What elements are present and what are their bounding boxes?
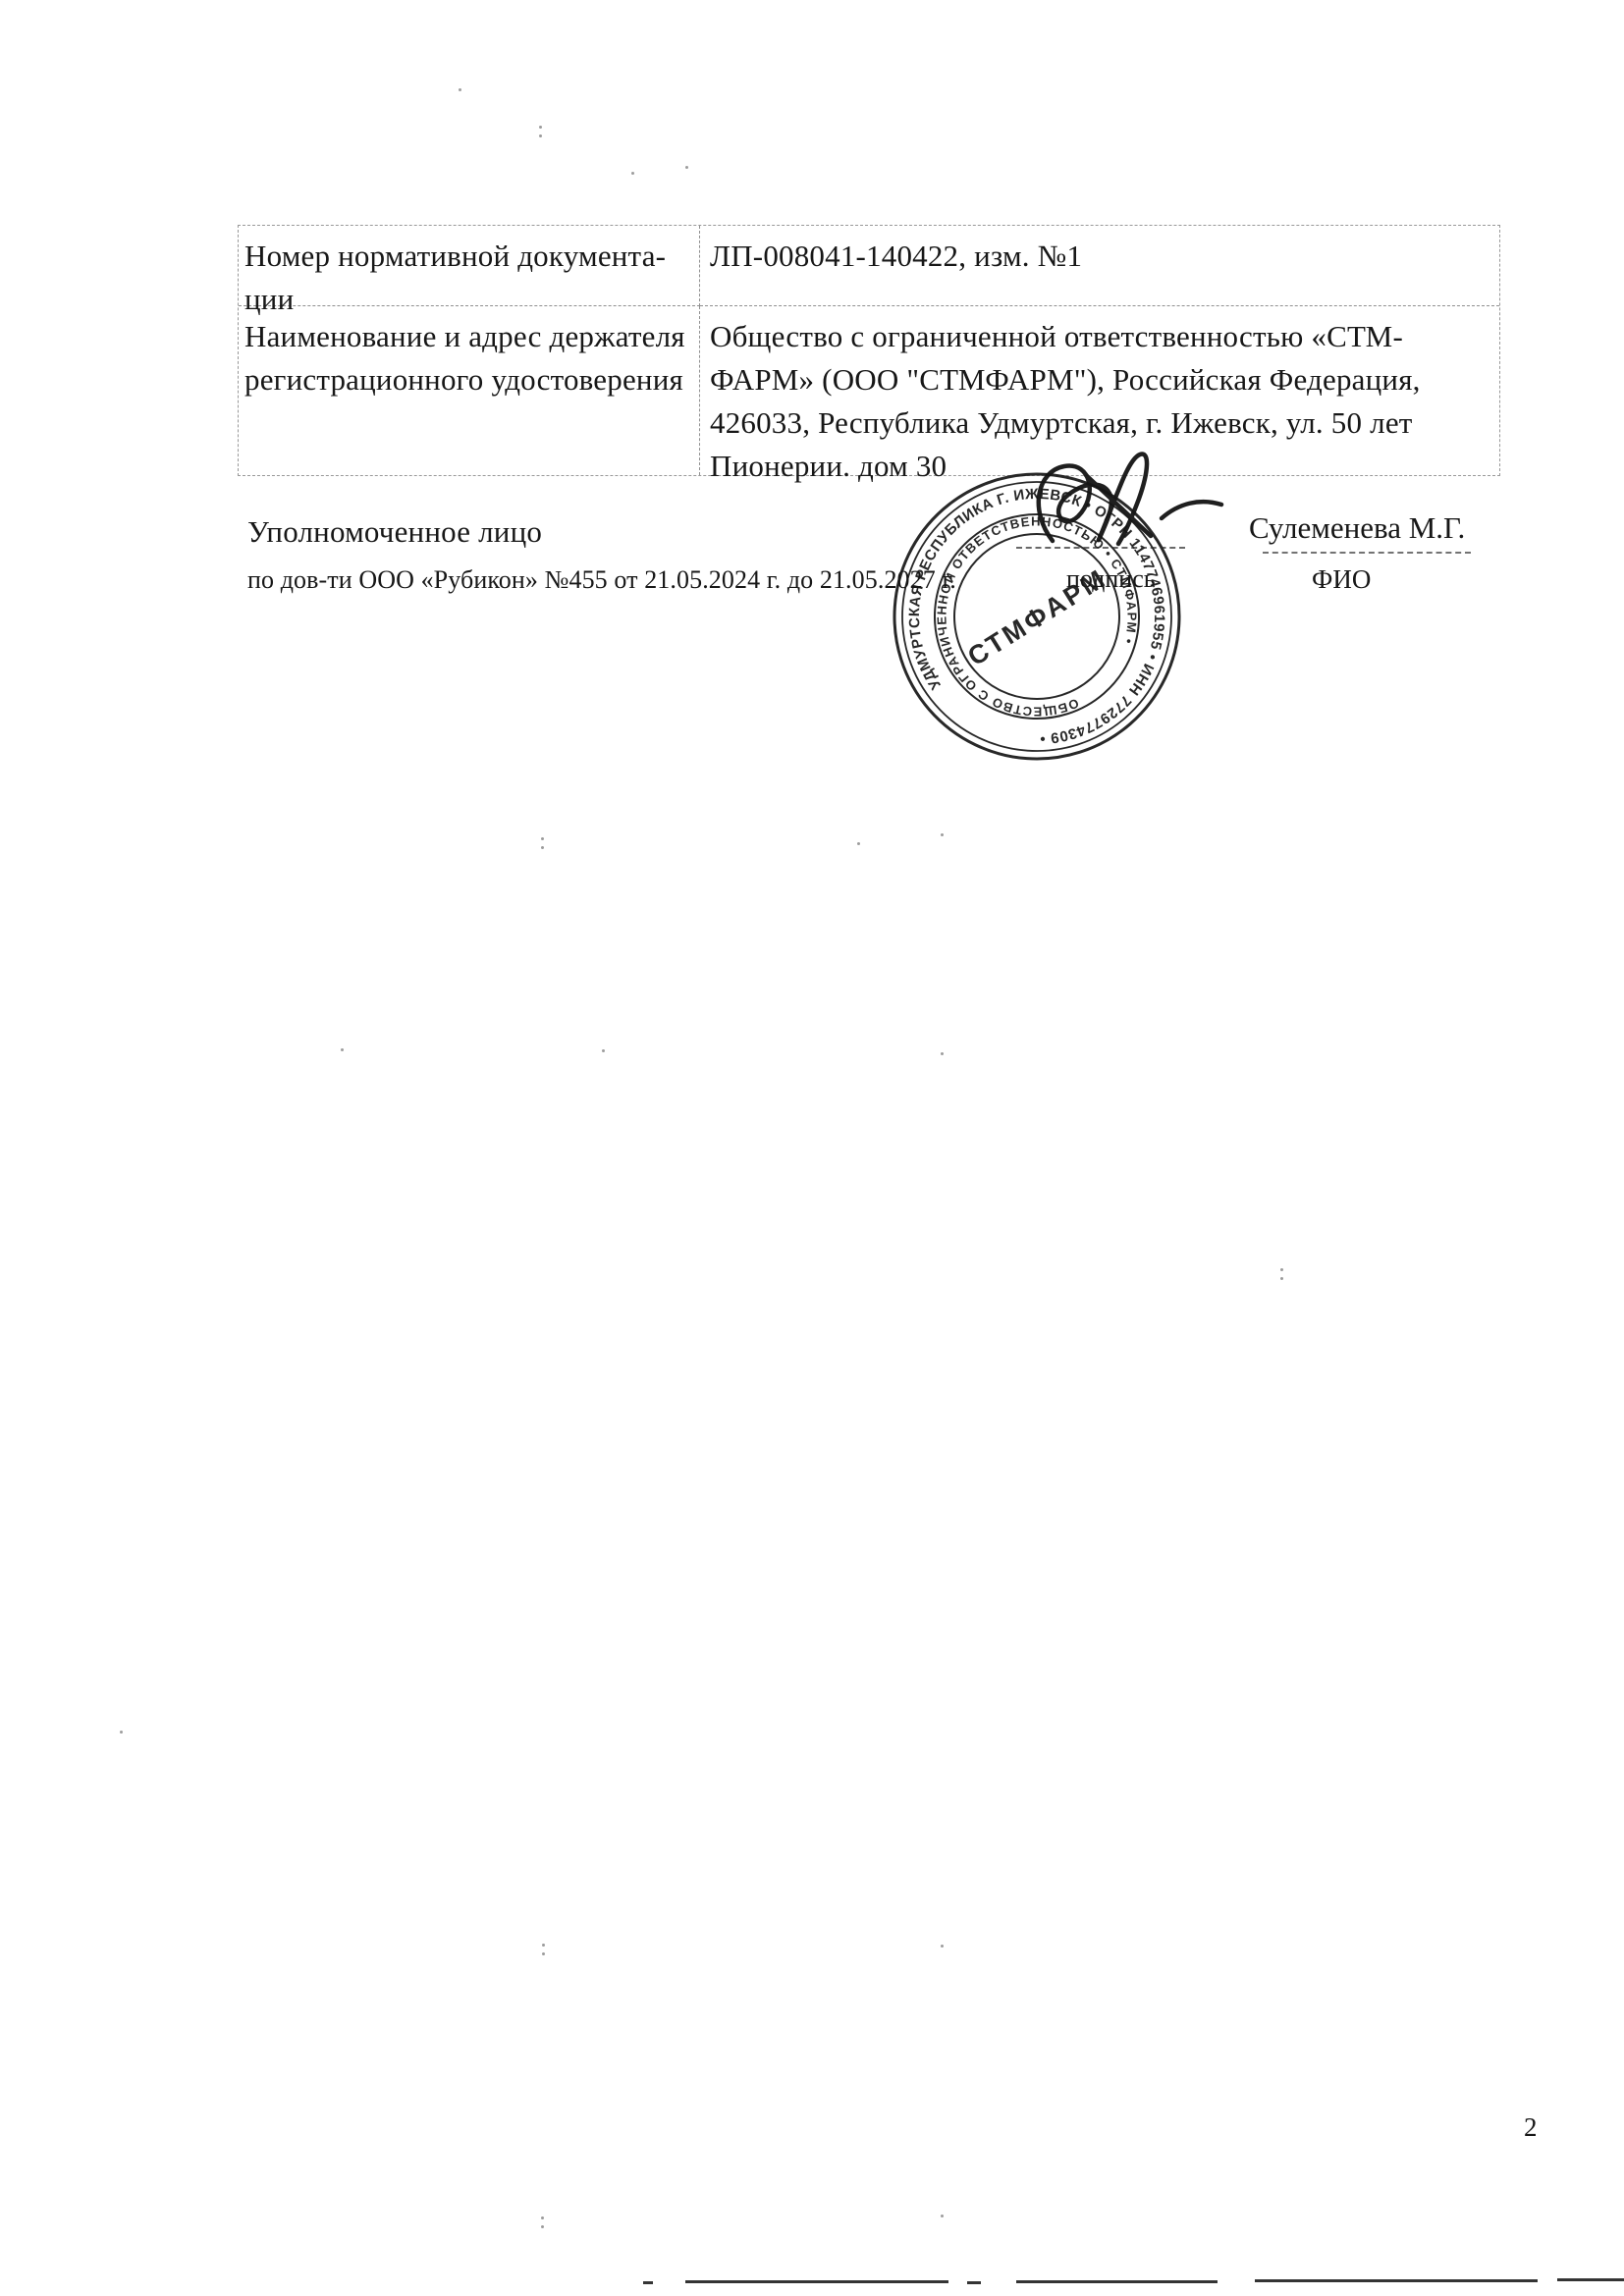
table-row-label-norm-doc-number: Номер нормативной документа- ции	[239, 226, 700, 306]
scan-speck	[542, 1944, 545, 1947]
registration-info-table: Номер нормативной документа- ции ЛП-0080…	[238, 225, 1500, 476]
scan-speck	[602, 1049, 605, 1052]
scan-speck	[857, 842, 860, 845]
fio-caption: ФИО	[1312, 564, 1371, 595]
scan-speck	[1280, 1268, 1283, 1271]
authorized-person-label: Уполномоченное лицо	[247, 514, 542, 550]
scan-artifact-line	[1557, 2278, 1624, 2281]
scan-speck	[541, 2216, 544, 2219]
table-row-label-holder-name-address: Наименование и адрес держателя регистрац…	[239, 306, 700, 475]
page-number: 2	[1524, 2112, 1538, 2143]
signatory-name: Сулеменева М.Г.	[1249, 510, 1465, 546]
scanned-document-page: Номер нормативной документа- ции ЛП-0080…	[0, 0, 1624, 2296]
scan-speck	[941, 2215, 944, 2217]
scan-artifact-line	[685, 2280, 948, 2283]
scan-artifact-line	[967, 2281, 981, 2284]
handwritten-signature	[1001, 440, 1257, 562]
signature-caption: подпись	[1066, 564, 1156, 594]
scan-speck	[120, 1731, 123, 1734]
scan-speck	[459, 88, 461, 91]
scan-artifact-line	[1255, 2279, 1538, 2282]
scan-speck	[341, 1048, 344, 1051]
scan-speck	[941, 833, 944, 836]
power-of-attorney-line: по дов-ти ООО «Рубикон» №455 от 21.05.20…	[247, 565, 956, 595]
scan-speck	[685, 166, 688, 169]
scan-speck	[539, 126, 542, 129]
scan-speck	[631, 172, 634, 175]
signatory-name-underline	[1263, 552, 1471, 554]
scan-speck	[941, 1052, 944, 1055]
scan-speck	[541, 837, 544, 840]
table-row-value-norm-doc-number: ЛП-008041-140422, изм. №1	[700, 226, 1499, 306]
scan-artifact-line	[1016, 2280, 1218, 2283]
scan-speck	[941, 1945, 944, 1948]
scan-artifact-line	[643, 2281, 653, 2284]
